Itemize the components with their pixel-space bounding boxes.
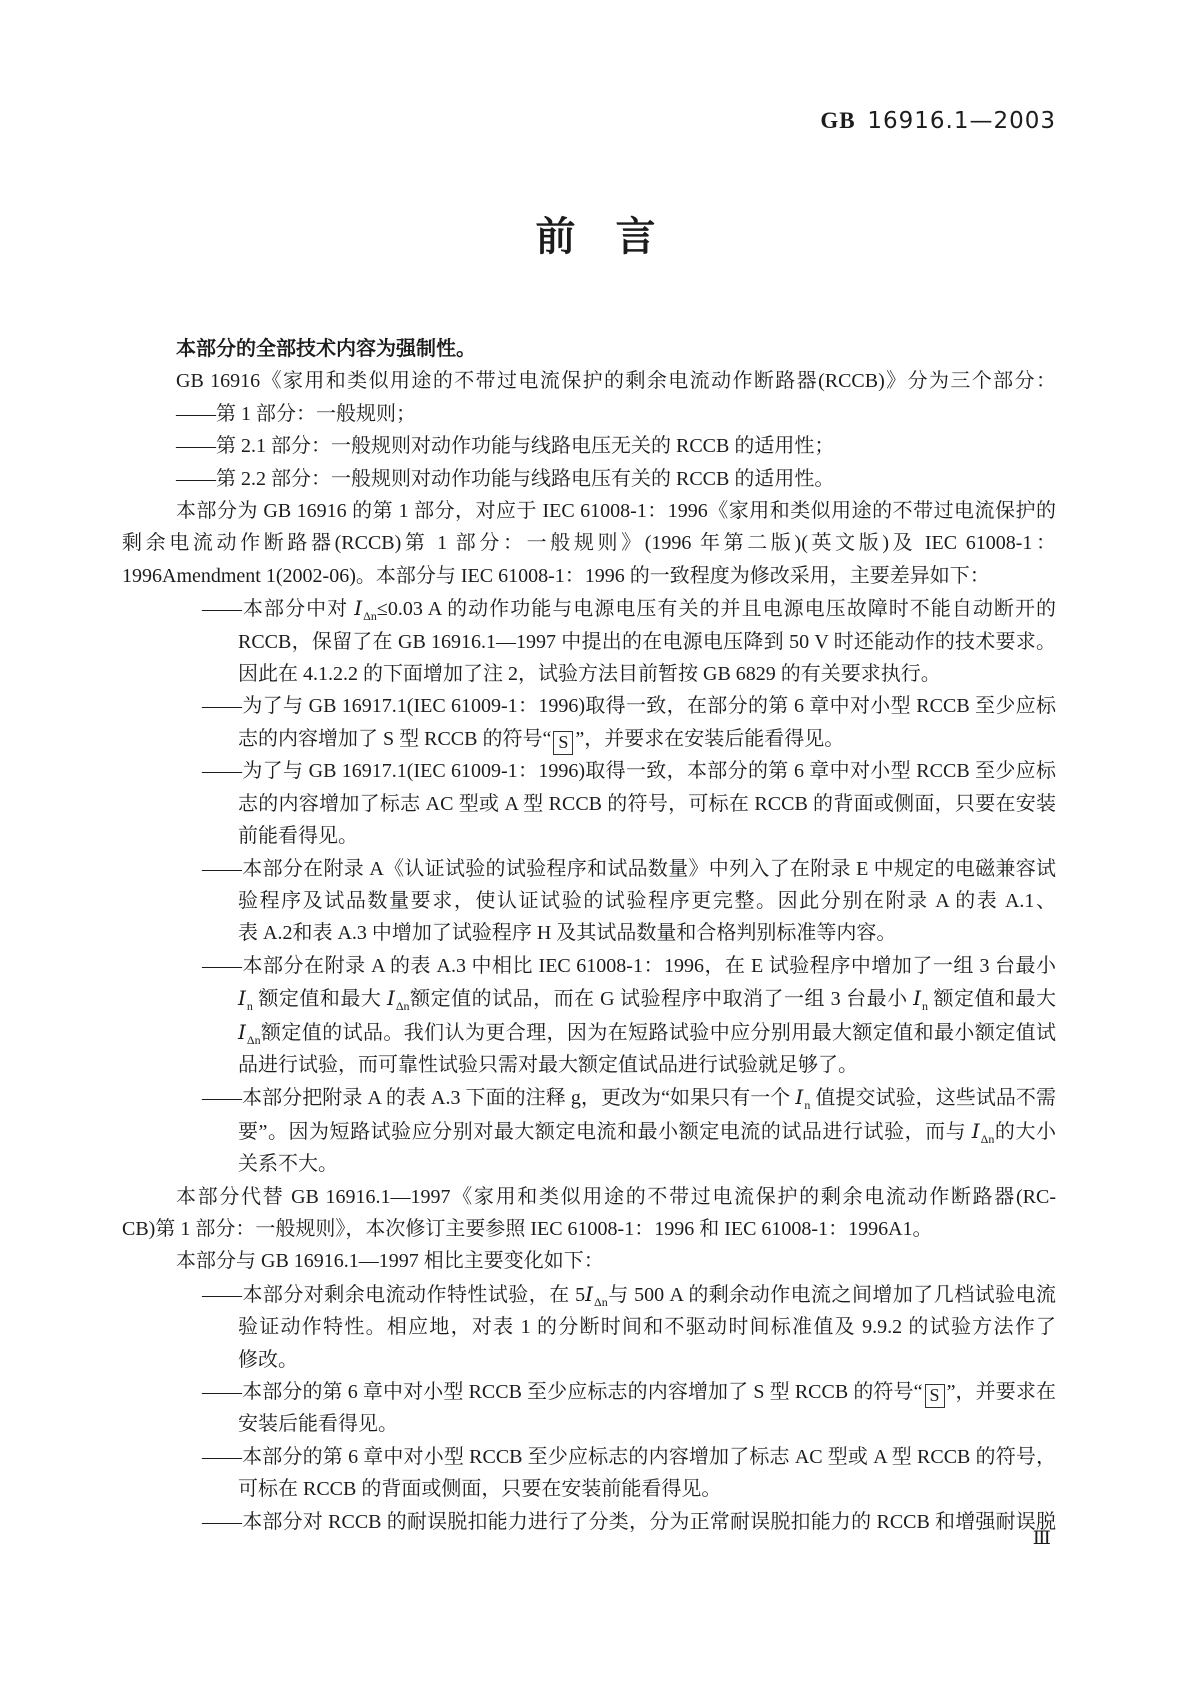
- text-line: 本部分代替 GB 16916.1—1997《家用和类似用途的不带过电流保护的剩余…: [176, 1181, 1056, 1213]
- text-line: 志的内容增加了 S 型 RCCB 的符号“S”，并要求在安装后能看得见。: [238, 723, 1056, 755]
- text-line: ——为了与 GB 16917.1(IEC 61009-1：1996)取得一致，在…: [202, 690, 1056, 722]
- boxed-s-symbol: S: [553, 731, 573, 755]
- text-line: ——第 2.2 部分：一般规则对动作功能与线路电压有关的 RCCB 的适用性。: [176, 463, 1056, 495]
- text-line: ——为了与 GB 16917.1(IEC 61009-1：1996)取得一致，本…: [202, 755, 1056, 787]
- text-line: 志的内容增加了标志 AC 型或 A 型 RCCB 的符号，可标在 RCCB 的背…: [238, 788, 1056, 820]
- text-line: ——本部分的第 6 章中对小型 RCCB 至少应标志的内容增加了 S 型 RCC…: [202, 1376, 1056, 1408]
- text-line: 安装后能看得见。: [238, 1408, 1056, 1440]
- text-line: CB)第 1 部分：一般规则》，本次修订主要参照 IEC 61008-1：199…: [122, 1213, 1056, 1245]
- text-line: IΔn额定值的试品。我们认为更合理，因为在短路试验中应分别用最大额定值和最小额定…: [238, 1016, 1056, 1049]
- standard-code-header: GB 16916.1—2003: [0, 108, 1056, 134]
- variable-symbol: In: [913, 988, 928, 1010]
- text-line: 本部分的全部技术内容为强制性。: [176, 333, 1056, 365]
- text-line: ——本部分对 RCCB 的耐误脱扣能力进行了分类，分为正常耐误脱扣能力的 RCC…: [202, 1506, 1056, 1538]
- text-line: 关系不大。: [238, 1148, 1056, 1180]
- text-line: 可标在 RCCB 的背面或侧面，只要在安装前能看得见。: [238, 1473, 1056, 1505]
- standard-code-prefix: GB: [820, 108, 855, 133]
- variable-symbol: In: [795, 1087, 810, 1109]
- text-line: ——本部分在附录 A 的表 A.3 中相比 IEC 61008-1：1996，在…: [202, 950, 1056, 982]
- page-title: 前 言: [0, 213, 1191, 261]
- text-line: 要”。因为短路试验应分别对最大额定电流和最小额定电流的试品进行试验，而与 IΔn…: [238, 1115, 1056, 1148]
- text-line: ——本部分对剩余电流动作特性试验，在 5IΔn与 500 A 的剩余动作电流之间…: [202, 1278, 1056, 1311]
- text-line: 因此在 4.1.2.2 的下面增加了注 2，试验方法目前暂按 GB 6829 的…: [238, 658, 1056, 690]
- text-line: ——本部分中对 IΔn≤0.03 A 的动作功能与电源电压有关的并且电源电压故障…: [202, 592, 1056, 625]
- text-line: In 额定值和最大 IΔn额定值的试品，而在 G 试验程序中取消了一组 3 台最…: [238, 982, 1056, 1015]
- variable-symbol: IΔn: [238, 1022, 261, 1044]
- variable-symbol: IΔn: [585, 1284, 608, 1306]
- text-line: ——本部分把附录 A 的表 A.3 下面的注释 g，更改为“如果只有一个 In …: [202, 1081, 1056, 1114]
- variable-symbol: In: [238, 988, 253, 1010]
- text-line: 验证动作特性。相应地，对表 1 的分断时间和不驱动时间标准值及 9.9.2 的试…: [238, 1311, 1056, 1343]
- variable-symbol: IΔn: [387, 988, 410, 1010]
- text-line: 1996Amendment 1(2002-06)。本部分与 IEC 61008-…: [122, 560, 1056, 592]
- text-line: RCCB，保留了在 GB 16916.1—1997 中提出的在电源电压降到 50…: [238, 626, 1056, 658]
- text-line: 品进行试验，而可靠性试验只需对最大额定值试品进行试验就足够了。: [238, 1049, 1056, 1081]
- foreword-body: 本部分的全部技术内容为强制性。GB 16916《家用和类似用途的不带过电流保护的…: [122, 333, 1056, 1538]
- text-line: ——第 2.1 部分：一般规则对动作功能与线路电压无关的 RCCB 的适用性；: [176, 430, 1056, 462]
- text-line: 剩余电流动作断路器(RCCB)第 1 部分：一般规则》(1996 年第二版)(英…: [122, 527, 1056, 559]
- text-line: 表 A.2和表 A.3 中增加了试验程序 H 及其试品数量和合格判别标准等内容。: [238, 917, 1056, 949]
- text-line: ——本部分的第 6 章中对小型 RCCB 至少应标志的内容增加了标志 AC 型或…: [202, 1441, 1056, 1473]
- text-line: 验程序及试品数量要求，使认证试验的试验程序更完整。因此分别在附录 A 的表 A.…: [238, 885, 1056, 917]
- variable-symbol: IΔn: [354, 598, 377, 620]
- standard-code-number: 16916.1—2003: [867, 108, 1056, 134]
- page-number: Ⅲ: [1033, 1527, 1051, 1549]
- boxed-s-symbol: S: [925, 1384, 945, 1408]
- text-line: GB 16916《家用和类似用途的不带过电流保护的剩余电流动作断路器(RCCB)…: [176, 365, 1056, 397]
- text-line: 本部分与 GB 16916.1—1997 相比主要变化如下：: [176, 1245, 1056, 1277]
- text-line: 本部分为 GB 16916 的第 1 部分，对应于 IEC 61008-1：19…: [176, 495, 1056, 527]
- variable-symbol: IΔn: [972, 1121, 995, 1143]
- text-line: 修改。: [238, 1344, 1056, 1376]
- document-page: GB 16916.1—2003 前 言 本部分的全部技术内容为强制性。GB 16…: [0, 0, 1191, 1684]
- text-line: ——本部分在附录 A《认证试验的试验程序和试品数量》中列入了在附录 E 中规定的…: [202, 853, 1056, 885]
- text-line: ——第 1 部分：一般规则；: [176, 398, 1056, 430]
- text-line: 前能看得见。: [238, 820, 1056, 852]
